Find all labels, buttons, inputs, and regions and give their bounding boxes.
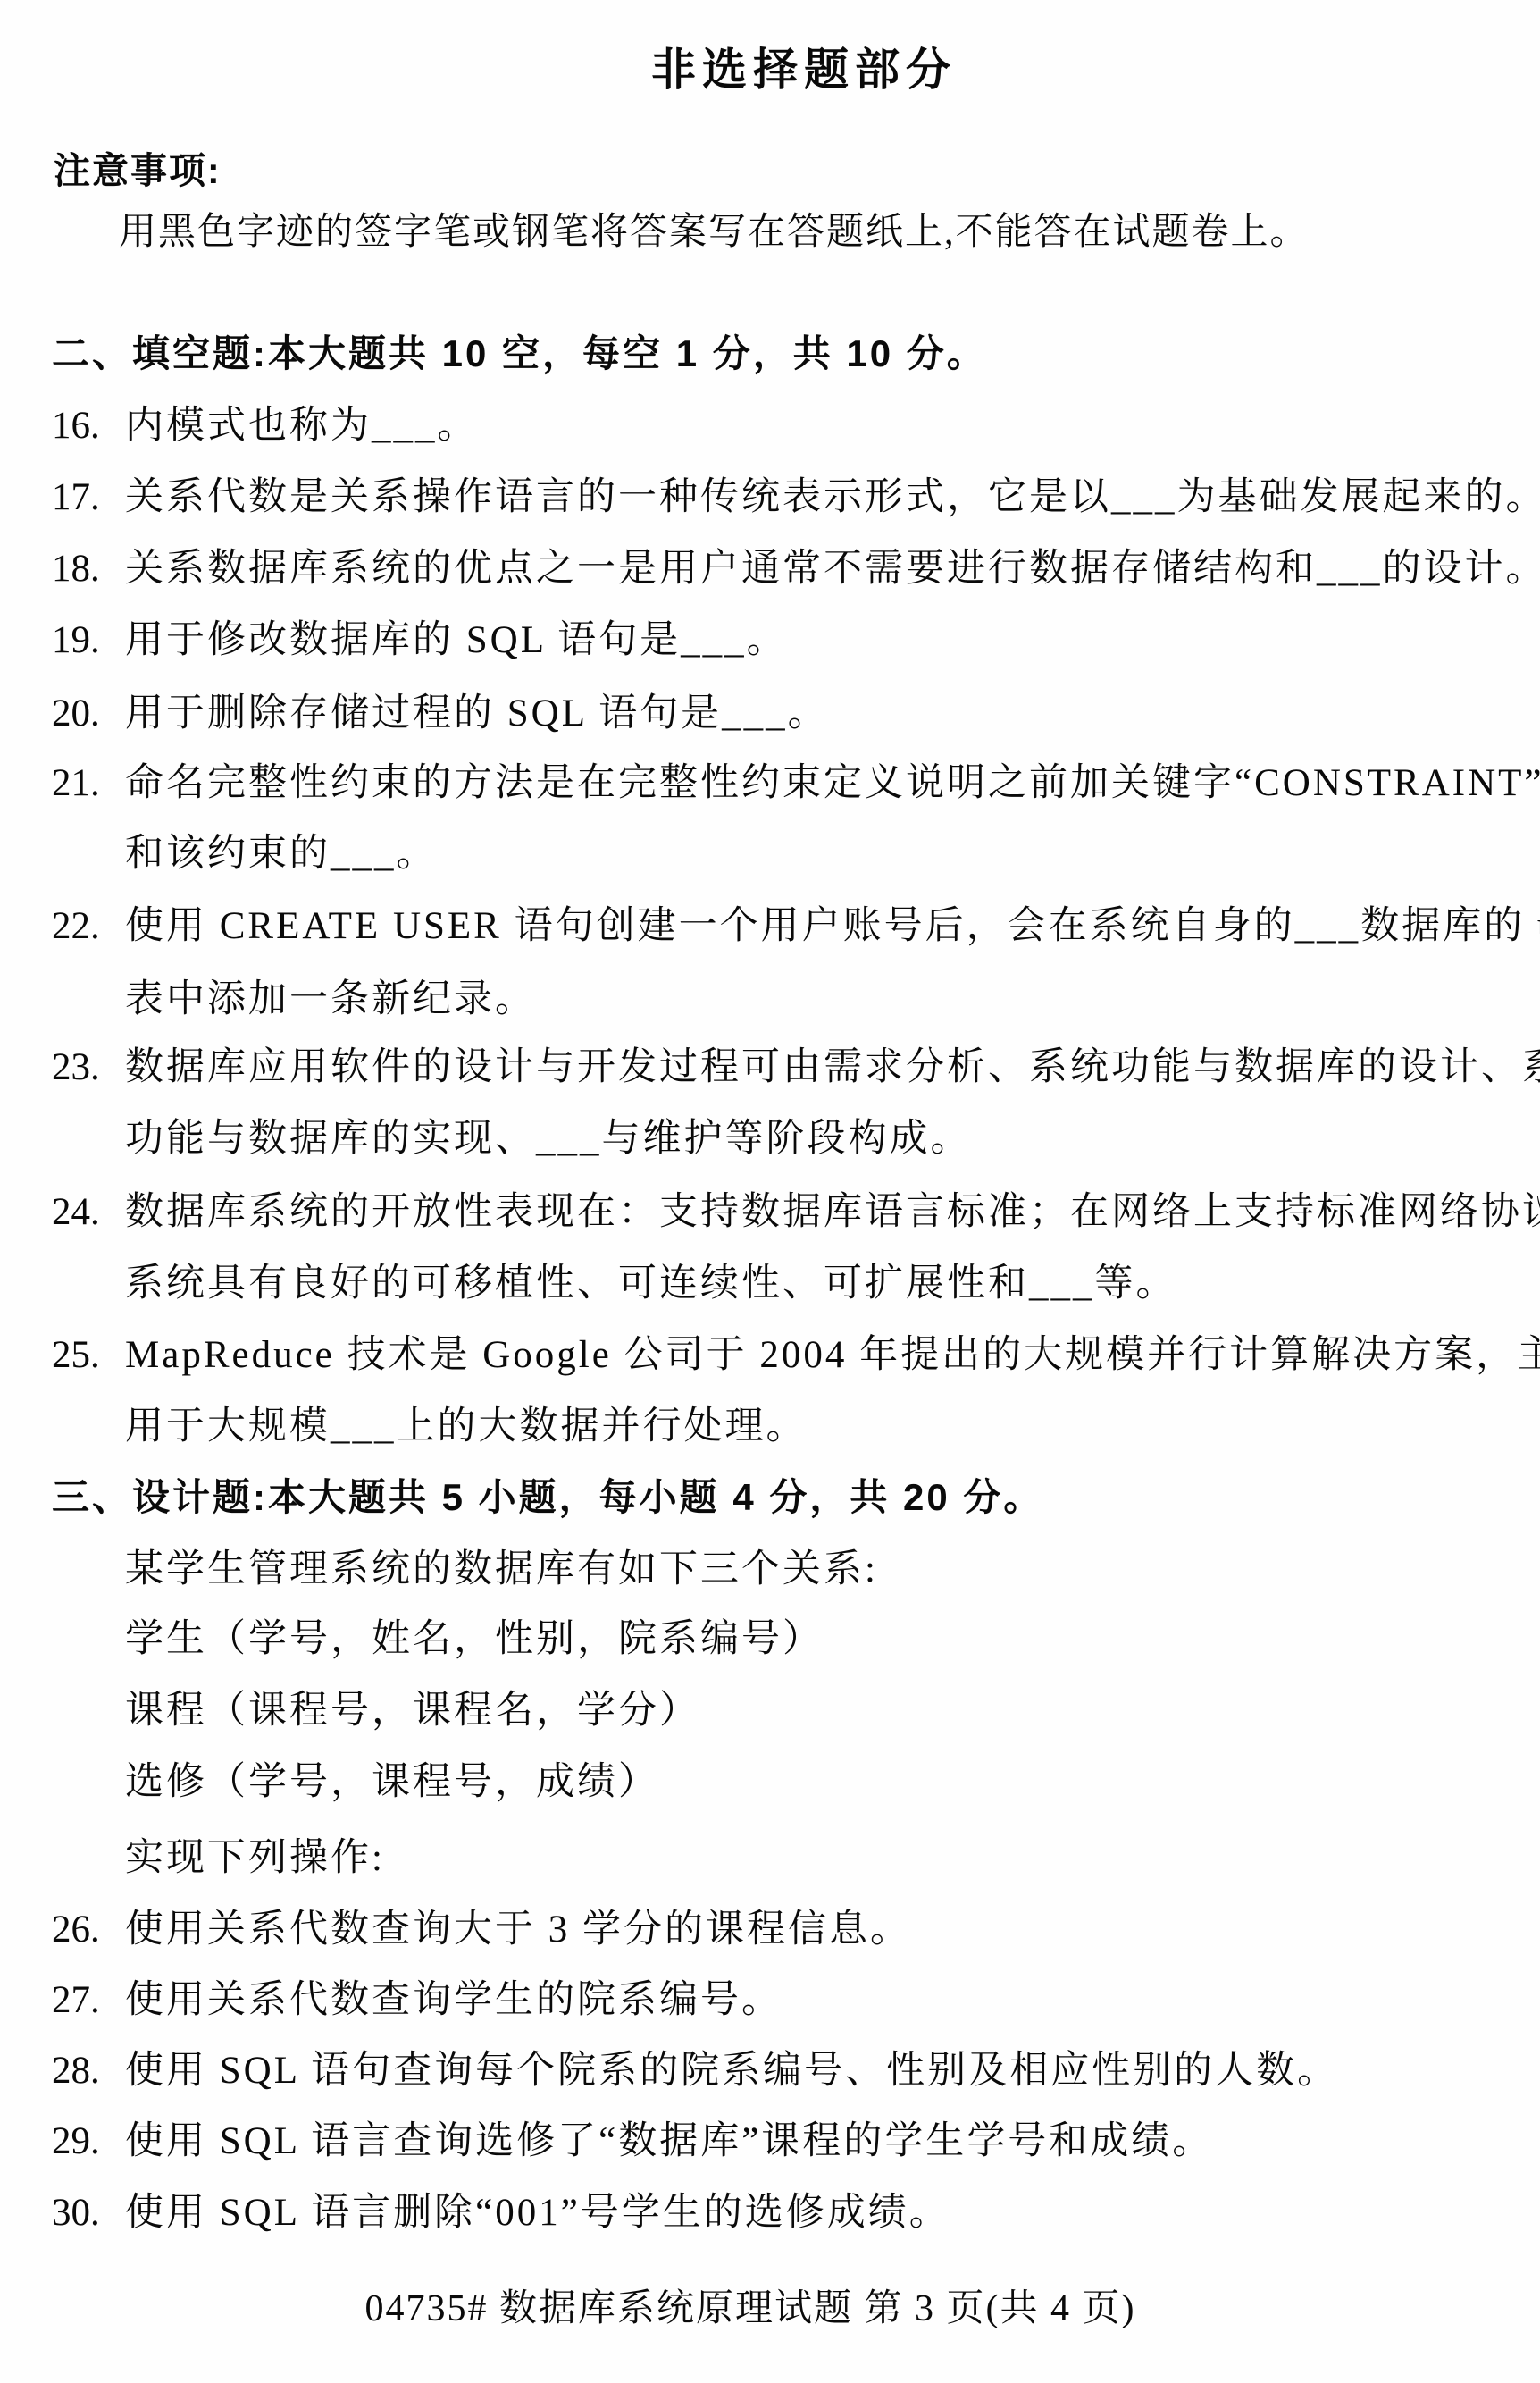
fill-item-21-cont: 和该约束的___。 (125, 832, 438, 876)
fill-item-24-cont: 系统具有良好的可移植性、可连续性、可扩展性和___等。 (125, 1262, 1177, 1305)
section-design-heading: 三、设计题:本大题共 5 小题，每小题 4 分，共 20 分。 (52, 1476, 1043, 1519)
design-item-29: 29.使用 SQL 语言查询选修了“数据库”课程的学生学号和成绩。 (52, 2119, 1213, 2163)
item-number: 24. (52, 1190, 125, 1234)
item-text: 和该约束的___。 (125, 833, 438, 875)
item-text: 用于删除存储过程的 SQL 语句是___。 (125, 692, 829, 734)
item-text: 内模式也称为___。 (125, 405, 479, 447)
item-text: 使用关系代数查询大于 3 学分的课程信息。 (125, 1909, 911, 1951)
item-number: 25. (52, 1333, 125, 1377)
item-text: MapReduce 技术是 Google 公司于 2004 年提出的大规模并行计… (125, 1334, 1540, 1376)
item-text: 数据库系统的开放性表现在：支持数据库语言标准；在网络上支持标准网络协议； (125, 1191, 1540, 1233)
item-number: 28. (52, 2049, 125, 2093)
fill-item-22-cont: 表中添加一条新纪录。 (125, 978, 536, 1021)
fill-item-20: 20.用于删除存储过程的 SQL 语句是___。 (52, 692, 829, 735)
item-text: 数据库应用软件的设计与开发过程可由需求分析、系统功能与数据库的设计、系统 (125, 1046, 1540, 1088)
item-number: 27. (52, 1978, 125, 2022)
item-number: 16. (52, 404, 125, 448)
item-number: 17. (52, 475, 125, 519)
item-number: 29. (52, 2119, 125, 2163)
fill-item-22: 22.使用 CREATE USER 语句创建一个用户账号后，会在系统自身的___… (52, 904, 1540, 948)
design-relation-student: 学生（学号，姓名，性别，院系编号） (125, 1617, 824, 1661)
design-intro-line-2: 实现下列操作: (125, 1836, 385, 1880)
item-text: 系统具有良好的可移植性、可连续性、可扩展性和___等。 (125, 1263, 1177, 1305)
notice-heading: 注意事项: (54, 150, 222, 192)
design-item-30: 30.使用 SQL 语言删除“001”号学生的选修成绩。 (52, 2191, 950, 2235)
item-number: 30. (52, 2191, 125, 2235)
fill-item-24: 24.数据库系统的开放性表现在：支持数据库语言标准；在网络上支持标准网络协议； (52, 1190, 1540, 1234)
item-number: 18. (52, 547, 125, 591)
item-text: 使用 SQL 语句查询每个院系的院系编号、性别及相应性别的人数。 (125, 2050, 1338, 2092)
item-text: 使用 SQL 语言查询选修了“数据库”课程的学生学号和成绩。 (125, 2120, 1213, 2162)
item-text: 用于大规模___上的大数据并行处理。 (125, 1405, 808, 1447)
fill-item-21: 21.命名完整性约束的方法是在完整性约束定义说明之前加关键字“CONSTRAIN… (52, 761, 1540, 805)
item-text: 用于修改数据库的 SQL 语句是___。 (125, 619, 788, 661)
item-number: 19. (52, 618, 125, 662)
design-intro-line-1: 某学生管理系统的数据库有如下三个关系: (125, 1548, 878, 1591)
page-title: 非选择题部分 (34, 34, 1540, 98)
fill-item-25: 25.MapReduce 技术是 Google 公司于 2004 年提出的大规模… (52, 1333, 1540, 1377)
item-number: 23. (52, 1045, 125, 1089)
item-text: 功能与数据库的实现、___与维护等阶段构成。 (125, 1118, 972, 1160)
item-text: 使用 SQL 语言删除“001”号学生的选修成绩。 (125, 2192, 950, 2234)
fill-item-19: 19.用于修改数据库的 SQL 语句是___。 (52, 618, 788, 662)
item-number: 26. (52, 1908, 125, 1951)
design-relation-course: 课程（课程号，课程名，学分） (125, 1689, 700, 1733)
fill-item-23: 23.数据库应用软件的设计与开发过程可由需求分析、系统功能与数据库的设计、系统 (52, 1045, 1540, 1089)
design-item-27: 27.使用关系代数查询学生的院系编号。 (52, 1978, 783, 2022)
item-text: 关系数据库系统的优点之一是用户通常不需要进行数据存储结构和___的设计。 (125, 548, 1540, 590)
design-item-28: 28.使用 SQL 语句查询每个院系的院系编号、性别及相应性别的人数。 (52, 2049, 1338, 2093)
item-number: 21. (52, 761, 125, 805)
item-number: 22. (52, 904, 125, 948)
notice-text: 用黑色字迹的签字笔或钢笔将答案写在答题纸上,不能答在试题卷上。 (119, 211, 1310, 254)
fill-item-16: 16.内模式也称为___。 (52, 404, 479, 448)
fill-item-18: 18.关系数据库系统的优点之一是用户通常不需要进行数据存储结构和___的设计。 (52, 547, 1540, 591)
exam-page: 非选择题部分 注意事项: 用黑色字迹的签字笔或钢笔将答案写在答题纸上,不能答在试… (0, 0, 1540, 2383)
section-fill-heading: 二、填空题:本大题共 10 空，每空 1 分，共 10 分。 (52, 332, 987, 375)
design-item-26: 26.使用关系代数查询大于 3 学分的课程信息。 (52, 1908, 911, 1951)
fill-item-17: 17.关系代数是关系操作语言的一种传统表示形式，它是以___为基础发展起来的。 (52, 475, 1540, 519)
item-text: 命名完整性约束的方法是在完整性约束定义说明之前加关键字“CONSTRAINT” (125, 762, 1540, 804)
item-text: 表中添加一条新纪录。 (125, 978, 536, 1020)
item-text: 使用关系代数查询学生的院系编号。 (125, 1979, 783, 2021)
fill-item-23-cont: 功能与数据库的实现、___与维护等阶段构成。 (125, 1117, 972, 1161)
item-number: 20. (52, 692, 125, 735)
design-relation-elective: 选修（学号，课程号，成绩） (125, 1760, 659, 1804)
page-footer: 04735# 数据库系统原理试题 第 3 页(共 4 页) (0, 2278, 1520, 2332)
fill-item-25-cont: 用于大规模___上的大数据并行处理。 (125, 1405, 808, 1448)
item-text: 使用 CREATE USER 语句创建一个用户账号后，会在系统自身的___数据库… (125, 905, 1540, 947)
item-text: 关系代数是关系操作语言的一种传统表示形式，它是以___为基础发展起来的。 (125, 476, 1540, 518)
